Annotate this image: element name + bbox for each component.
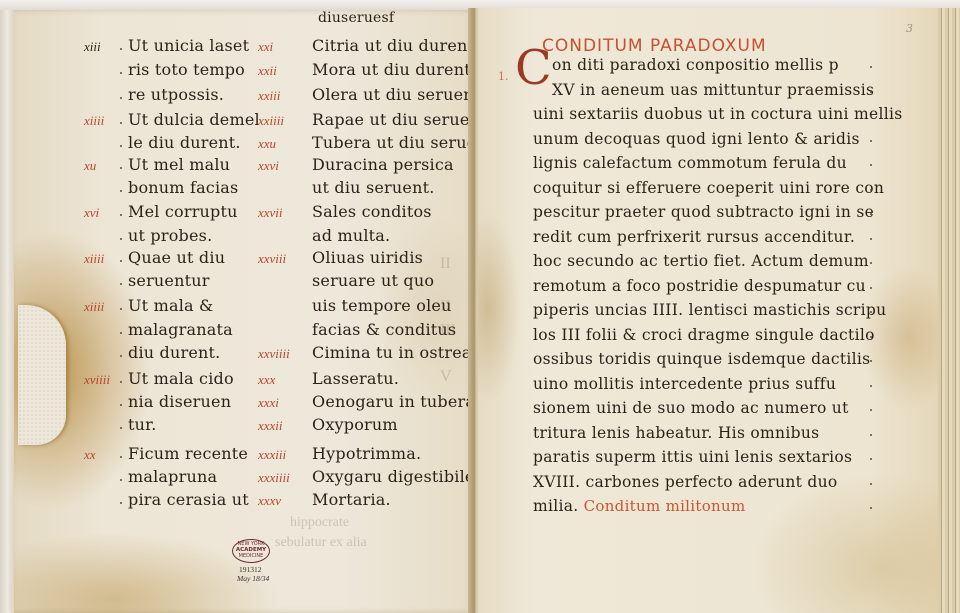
chapter-heading-line: uis tempore oleu [312,296,452,315]
chapter-heading-line: malapruna [128,467,217,486]
pricking-dot [870,483,872,485]
body-text-line: paratis superm ittis uini lenis sextario… [533,448,852,466]
stamp-line: MEDICINE [233,553,269,559]
pricking-dot [870,140,872,142]
body-text-line: unum decoquas quod igni lento & aridis [533,130,860,148]
body-text-line: los III folii & croci dragme singule dac… [533,326,875,344]
page-damage-cutout [18,305,66,445]
pricking-dot [870,287,872,289]
chapter-heading-line: Oxygaru digestibile [312,467,475,486]
chapter-heading-line: Sales conditos [312,202,432,221]
chapter-numeral: xxi [258,39,273,55]
pricking-dot [120,355,122,357]
chapter-heading-line: ut diu seruent. [312,178,435,197]
chapter-heading-line: malagranata [128,320,233,339]
chapter-heading-line: Mora ut diu durent [312,60,471,79]
chapter-numeral: xiiii [84,299,104,315]
chapter-heading-line: nia diseruen [128,392,231,411]
chapter-heading-line: re utpossis. [128,85,224,104]
chapter-heading-line: Lasseratu. [312,369,399,388]
chapter-heading-line: pira cerasia ut [128,490,249,509]
pricking-dot [120,97,122,99]
pricking-dot [120,502,122,504]
chapter-heading-line: Quae ut diu [128,248,225,267]
chapter-numeral: xxxii [258,418,283,434]
show-through-text: hippocrate [290,515,349,531]
pricking-dot [120,308,122,310]
show-through-numeral: III [440,322,456,340]
body-text-line: remotum a foco postridie despumatur cu [533,277,866,295]
chapter-numeral: xxvi [258,158,279,174]
page-edges [938,8,960,613]
pricking-dot [870,66,872,68]
body-text-line: milia. Conditum militonum [533,497,745,515]
library-stamp: NEW YORK ACADEMY MEDICINE [232,539,270,563]
chapter-numeral: xx [84,447,96,463]
chapter-numeral: xxviii [258,251,286,267]
body-text-line: pescitur praeter quod subtracto igni in … [533,203,874,221]
accession-number: 191312 [237,565,269,574]
chapter-numeral: xiiii [84,251,104,267]
body-text-line: sionem uini de suo modo ac numero ut [533,399,849,417]
recipe-title: CONDITUM PARADOXUM [542,36,767,56]
chapter-heading-line: Ut unicia laset [128,36,249,55]
chapter-heading-line: tur. [128,415,157,434]
body-text-line: uini sextariis duobus ut in coctura uini… [533,105,902,123]
body-text-line: uino mollitis intercedente prius suffu [533,375,836,393]
pricking-dot [120,145,122,147]
closing-rubric: Conditum militonum [579,497,746,515]
pricking-dot [870,189,872,191]
folio-number: 3 [906,22,913,35]
manuscript-spread: xiiiUt unicia lasetris toto tempore utpo… [0,0,960,613]
marginal-number: 1. [498,70,509,83]
body-text-line: on diti paradoxi conpositio mellis p [552,56,839,74]
pricking-dot [120,479,122,481]
show-through-numeral: II [440,255,451,273]
pricking-dot [120,332,122,334]
show-through-numeral: V [440,368,452,386]
chapter-numeral: xxxv [258,493,281,509]
chapter-heading-line: Duracina persica [312,155,454,174]
pricking-dot [870,262,872,264]
chapter-heading-line: Cimina tu in ostrea [312,343,472,362]
chapter-heading-line: Mortaria. [312,490,391,509]
body-text-line: hoc secundo ac tertio fiet. Actum demum [533,252,869,270]
chapter-numeral: xiiii [84,113,104,129]
chapter-numeral: xxviiii [258,346,290,362]
chapter-numeral: xvi [84,205,99,221]
body-text-line: piperis uncias IIII. lentisci mastichis … [533,301,886,319]
pricking-dot [120,214,122,216]
pricking-dot [870,458,872,460]
pricking-dot [120,122,122,124]
pricking-dot [870,115,872,117]
pricking-dot [870,213,872,215]
chapter-numeral: xxx [258,372,275,388]
chapter-numeral: xiii [84,39,101,55]
body-text-line: XV in aeneum uas mittuntur praemissis [552,81,874,99]
chapter-heading-line: Hypotrimma. [312,444,421,463]
body-text-line: redit cum perfrixerit rursus accenditur. [533,228,855,246]
pricking-dot [120,456,122,458]
show-through-text: sebulatur ex alia [275,535,367,551]
chapter-heading-line: Oxyporum [312,415,398,434]
pricking-dot [870,360,872,362]
pricking-dot [120,190,122,192]
chapter-heading-line: seruare ut quo [312,271,434,290]
pricking-dot [870,91,872,93]
pricking-dot [120,167,122,169]
pricking-dot [870,311,872,313]
accession-note: 191312 May 18/34 [237,565,269,583]
body-text-line: XVIII. carbones perfecto aderunt duo [533,473,838,491]
chapter-numeral: xxvii [258,205,283,221]
accession-date: May 18/34 [237,574,269,583]
pricking-dot [870,434,872,436]
chapter-heading-line: facias & conditus [312,320,456,339]
chapter-heading-line: seruentur [128,271,210,290]
chapter-heading-line: Ut dulcia demel [128,110,260,129]
chapter-heading-line: Oliuas uiridis [312,248,423,267]
chapter-numeral: xu [84,158,96,174]
chapter-numeral: xxiiii [258,113,284,129]
chapter-heading-line: Oenogaru in tubera [312,392,475,411]
body-text-line: coquitur si efferuere coeperit uini rore… [533,179,884,197]
pricking-dot [120,48,122,50]
chapter-numeral: xxu [258,136,276,152]
header-carryover: diuseruesf [318,10,394,26]
chapter-heading-line: diu durent. [128,343,220,362]
body-text-line: tritura lenis habeatur. His omnibus [533,424,819,442]
chapter-numeral: xxxiii [258,447,286,463]
chapter-numeral: xxxiiii [258,470,290,486]
pricking-dot [120,427,122,429]
chapter-heading-line: Citria ut diu durent [312,36,474,55]
chapter-heading-line: ad multa. [312,226,390,245]
chapter-numeral: xxii [258,63,277,79]
pricking-dot [120,283,122,285]
chapter-heading-line: ut probes. [128,226,212,245]
chapter-heading-line: Ut mel malu [128,155,230,174]
chapter-heading-line: Ut mala cido [128,369,234,388]
pricking-dot [120,72,122,74]
body-text-line: ossibus toridis quinque isdemque dactili… [533,350,870,368]
pricking-dot [870,507,872,509]
body-text-line: lignis calefactum commotum ferula du [533,154,847,172]
pricking-dot [870,385,872,387]
pricking-dot [870,164,872,166]
chapter-heading-line: Ficum recente [128,444,248,463]
chapter-heading-line: le diu durent. [128,133,241,152]
chapter-numeral: xxiii [258,88,280,104]
chapter-heading-line: Rapae ut diu seruent. [312,110,492,129]
chapter-numeral: xviiii [84,372,110,388]
pricking-dot [120,404,122,406]
pricking-dot [120,238,122,240]
chapter-heading-line: Olera ut diu seruent. [312,85,486,104]
pricking-dot [120,260,122,262]
chapter-heading-line: Ut mala & [128,296,214,315]
chapter-heading-line: bonum facias [128,178,238,197]
pricking-dot [120,381,122,383]
pricking-dot [870,409,872,411]
show-through-numeral: II [440,298,451,316]
chapter-heading-line: Mel corruptu [128,202,238,221]
pricking-dot [870,238,872,240]
pricking-dot [870,336,872,338]
chapter-heading-line: ris toto tempo [128,60,245,79]
chapter-numeral: xxxi [258,395,279,411]
